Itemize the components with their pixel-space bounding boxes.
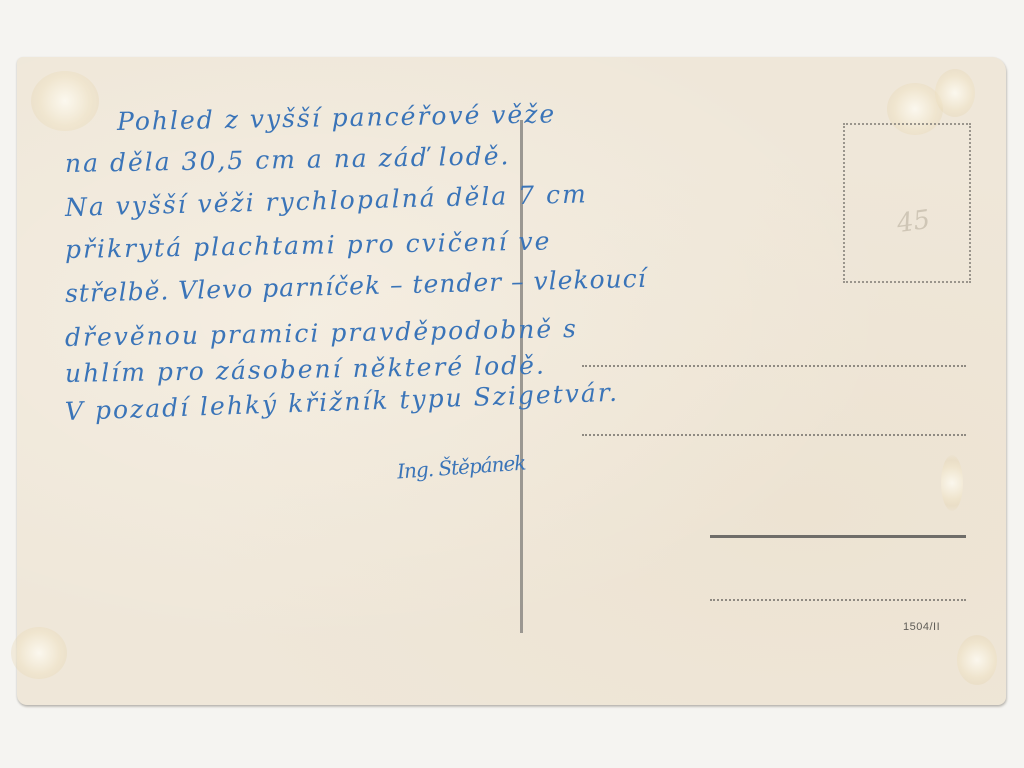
signature: Ing. Štěpánek — [396, 451, 526, 484]
message-line-4: přikrytá plachtami pro cvičení ve — [65, 227, 552, 264]
address-line-3-solid — [710, 535, 966, 538]
postcard-back: 45 1504/II Pohled z vyšší pancéřové věže… — [17, 57, 1006, 705]
message-line-2: na děla 30,5 cm a na záď lodě. — [65, 141, 511, 178]
message-line-3: Na vyšší věži rychlopalná děla 7 cm — [65, 179, 588, 222]
stamp-placeholder-box — [843, 123, 971, 283]
card-number: 1504/II — [903, 621, 940, 633]
message-line-6: dřevěnou pramici pravděpodobně s — [65, 314, 578, 352]
glue-stain-top-left — [31, 71, 99, 131]
address-line-4 — [710, 599, 966, 601]
glue-stain-top-right-2 — [935, 69, 975, 117]
address-line-2 — [582, 434, 966, 436]
address-line-1 — [582, 365, 966, 367]
glue-stain-bottom-right — [957, 635, 997, 685]
glue-stain-bottom-left — [11, 627, 67, 679]
glue-stain-right-edge — [941, 455, 963, 511]
pencil-mark: 45 — [895, 205, 932, 239]
message-line-5: střelbě. Vlevo parníček – tender – vleko… — [65, 264, 647, 308]
message-line-1: Pohled z vyšší pancéřové věže — [117, 99, 557, 136]
